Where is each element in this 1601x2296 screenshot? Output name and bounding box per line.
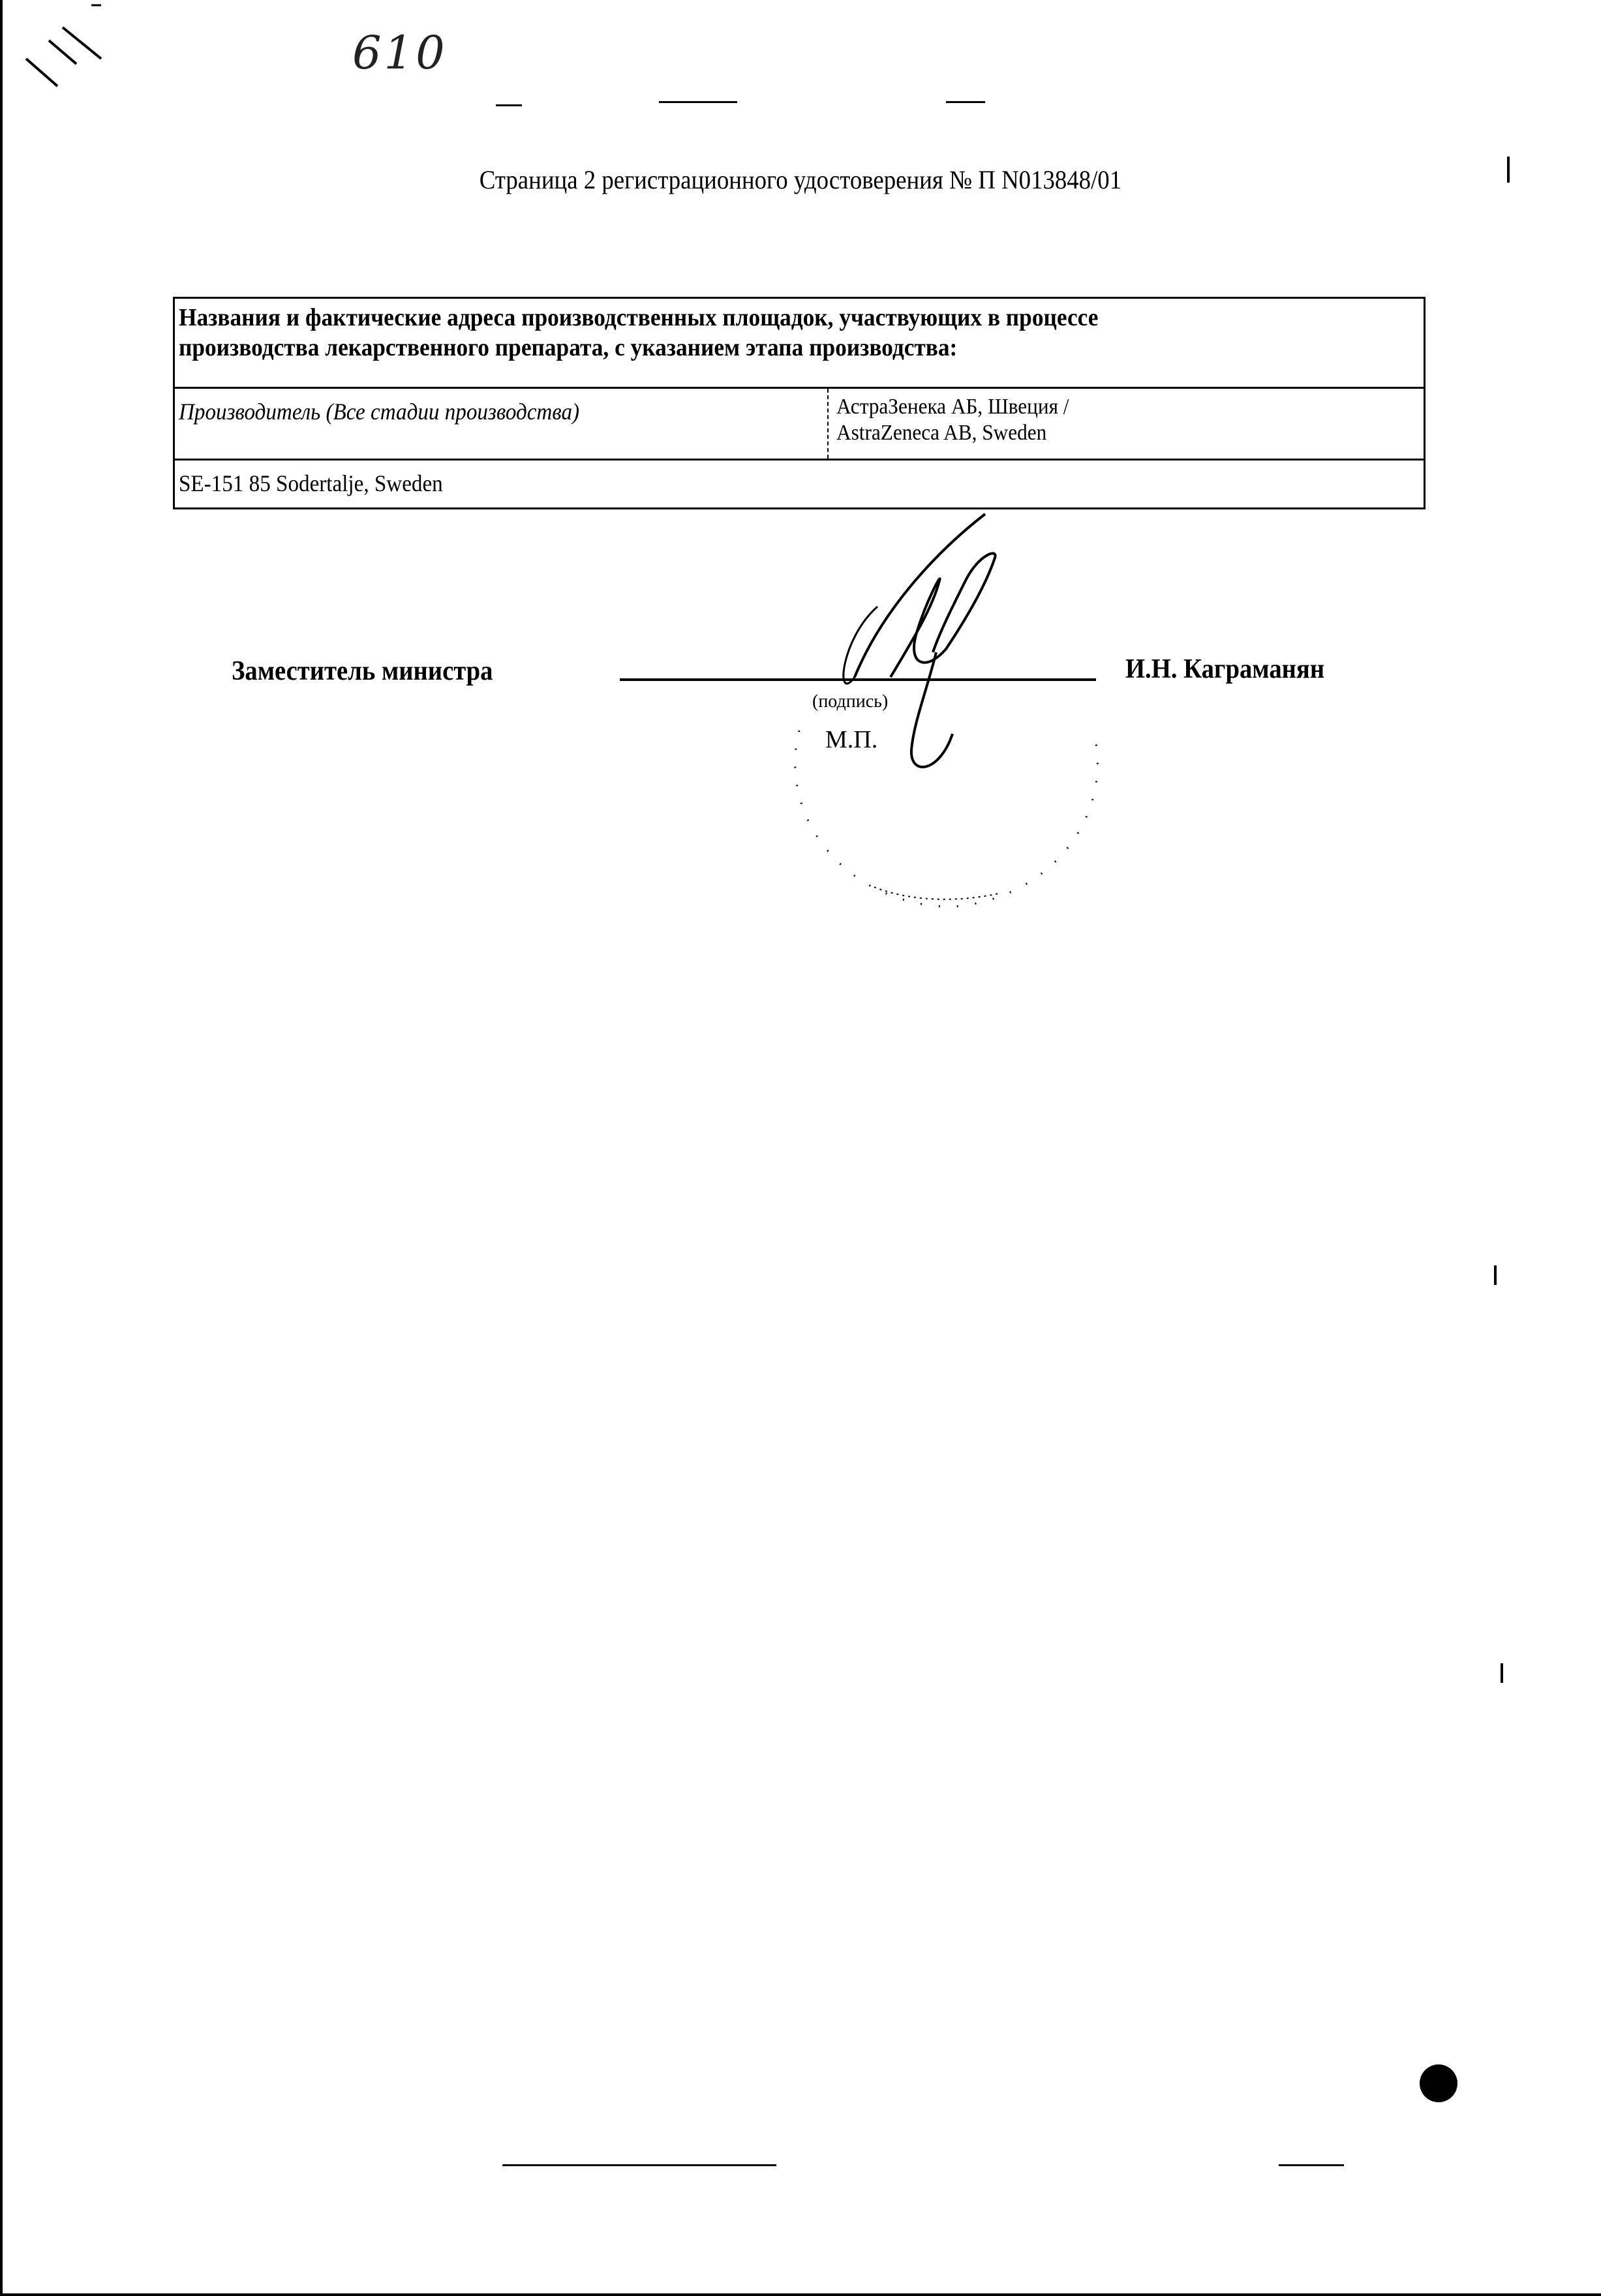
- manufacturer-address: SE-151 85 Sodertalje, Sweden: [179, 470, 443, 497]
- table-title-row: Названия и фактические адреса производст…: [175, 299, 1424, 389]
- faded-stamp-icon: [783, 691, 1122, 913]
- page-header-text: Страница 2 регистрационного удостоверени…: [480, 164, 1121, 195]
- scan-speck: [502, 2164, 776, 2166]
- table-row-address: SE-151 85 Sodertalje, Sweden: [175, 461, 1424, 507]
- scan-speck: [659, 101, 737, 103]
- scan-speck: [1507, 157, 1510, 183]
- page-header: Страница 2 регистрационного удостоверени…: [0, 164, 1601, 195]
- scan-speck: [1501, 1663, 1503, 1683]
- handwritten-page-number: 610: [352, 26, 448, 80]
- table-title-line-1: Названия и фактические адреса производст…: [179, 303, 1333, 333]
- scan-edge-bottom: [0, 2293, 1601, 2296]
- scan-speck: [496, 104, 522, 106]
- scan-speck: [1494, 1265, 1497, 1285]
- scan-speck: [1279, 2164, 1344, 2166]
- signer-title-text: Заместитель министра: [232, 656, 493, 687]
- scan-speck: [946, 101, 985, 103]
- scan-edge-left: [0, 0, 3, 2296]
- signer-name: И.Н. Каграманян: [1125, 654, 1342, 685]
- manufacturer-name-cell: АстраЗенека АБ, Швеция / AstraZeneca AB,…: [827, 389, 1424, 459]
- table-row-manufacturer: Производитель (Все стадии производства) …: [175, 389, 1424, 461]
- manufacturer-name-ru: АстраЗенека АБ, Швеция /: [836, 394, 1069, 420]
- ink-blot: [1420, 2064, 1457, 2102]
- production-sites-table: Названия и фактические адреса производст…: [173, 297, 1426, 509]
- manufacturer-name-en: AstraZeneca AB, Sweden: [836, 420, 1046, 446]
- signature-line: [620, 678, 1096, 681]
- signer-title: Заместитель министра: [232, 656, 515, 687]
- manufacturer-role: Производитель (Все стадии производства): [179, 398, 579, 425]
- table-title-line-2: производства лекарственного препарата, с…: [179, 333, 1333, 363]
- signer-name-text: И.Н. Каграманян: [1125, 654, 1324, 685]
- manufacturer-role-cell: Производитель (Все стадии производства): [175, 389, 827, 459]
